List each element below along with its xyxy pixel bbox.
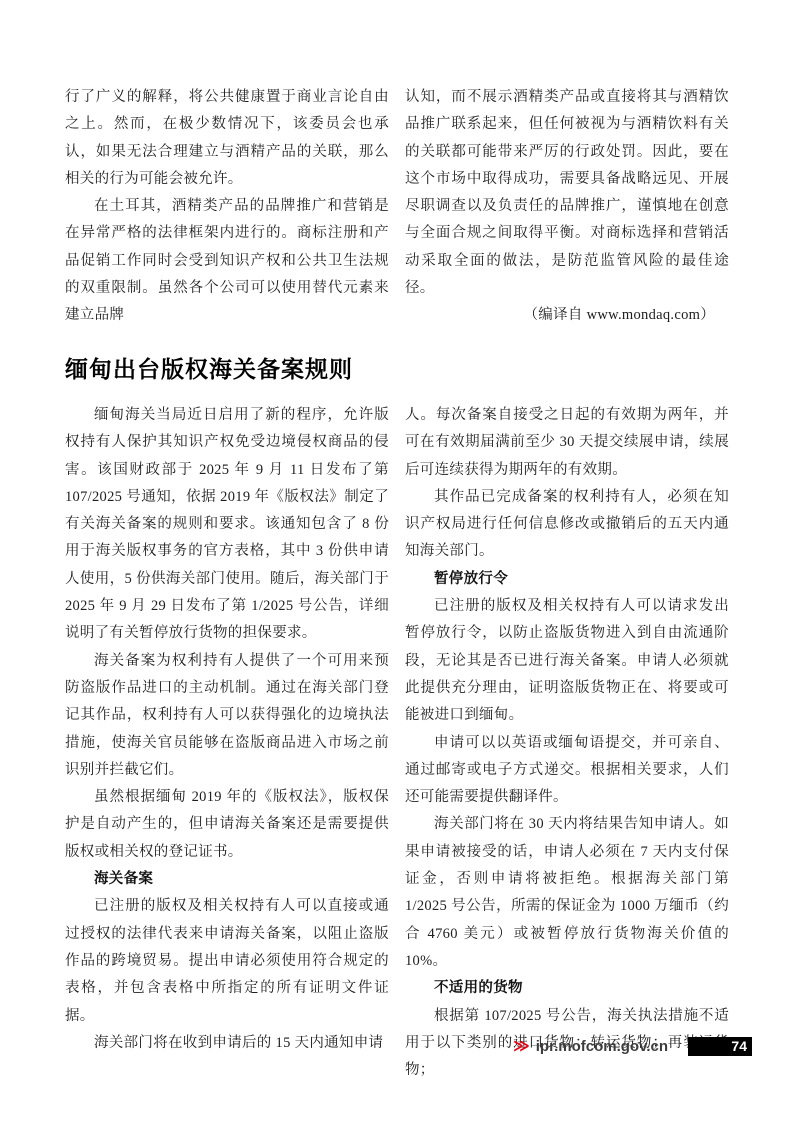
- page-footer: ≫ ipr.mofcom.gov.cn 74: [513, 1037, 752, 1056]
- previous-article-continuation: 行了广义的解释，将公共健康置于商业言论自由之上。然而，在极少数情况下，该委员会也…: [65, 84, 729, 330]
- subheading-customs-recordal: 海关备案: [65, 866, 389, 893]
- footer-site-url: ipr.mofcom.gov.cn: [536, 1037, 668, 1056]
- prev-article-left-column: 行了广义的解释，将公共健康置于商业言论自由之上。然而，在极少数情况下，该委员会也…: [65, 84, 389, 330]
- subheading-excluded-goods: 不适用的货物: [405, 975, 729, 1002]
- body-paragraph: 海关备案为权利持有人提供了一个可用来预防盗版作品进口的主动机制。通过在海关部门登…: [65, 648, 389, 784]
- body-paragraph: 海关部门将在 30 天内将结果告知申请人。如果申请被接受的话，申请人必须在 7 …: [405, 811, 729, 975]
- double-chevron-icon: ≫: [513, 1037, 530, 1056]
- body-paragraph: 缅甸海关当局近日启用了新的程序，允许版权持有人保护其知识产权免受边境侵权商品的侵…: [65, 402, 389, 648]
- body-paragraph: 海关部门将在收到申请后的 15 天内通知申请: [65, 1030, 389, 1057]
- prev-article-right-column: 认知，而不展示酒精类产品或直接将其与酒精饮品推广联系起来，但任何被视为与酒精饮料…: [405, 84, 729, 330]
- body-paragraph: 认知，而不展示酒精类产品或直接将其与酒精饮品推广联系起来，但任何被视为与酒精饮料…: [405, 84, 729, 302]
- page-number-badge: 74: [688, 1037, 752, 1056]
- body-paragraph: 已注册的版权及相关权持有人可以直接或通过授权的法律代表来申请海关备案，以阻止盗版…: [65, 893, 389, 1029]
- body-paragraph: 在土耳其，酒精类产品的品牌推广和营销是在异常严格的法律框架内进行的。商标注册和产…: [65, 193, 389, 329]
- body-paragraph: 申请可以以英语或缅甸语提交，并可亲自、通过邮寄或电子方式递交。根据相关要求，人们…: [405, 730, 729, 812]
- subheading-suspension-order: 暂停放行令: [405, 566, 729, 593]
- body-paragraph: 其作品已完成备案的权利持有人，必须在知识产权局进行任何信息修改或撤销后的五天内通…: [405, 484, 729, 566]
- article-title: 缅甸出台版权海关备案规则: [65, 351, 353, 387]
- article-body: 缅甸海关当局近日启用了新的程序，允许版权持有人保护其知识产权免受边境侵权商品的侵…: [65, 402, 729, 1084]
- body-paragraph: 人。每次备案自接受之日起的有效期为两年，并可在有效期届满前至少 30 天提交续展…: [405, 402, 729, 484]
- body-paragraph: 已注册的版权及相关权持有人可以请求发出暂停放行令，以防止盗版货物进入到自由流通阶…: [405, 593, 729, 729]
- body-paragraph: 虽然根据缅甸 2019 年的《版权法》，版权保护是自动产生的，但申请海关备案还是…: [65, 784, 389, 866]
- body-paragraph: 行了广义的解释，将公共健康置于商业言论自由之上。然而，在极少数情况下，该委员会也…: [65, 84, 389, 193]
- article-right-column: 人。每次备案自接受之日起的有效期为两年，并可在有效期届满前至少 30 天提交续展…: [405, 402, 729, 1084]
- document-page: 行了广义的解释，将公共健康置于商业言论自由之上。然而，在极少数情况下，该委员会也…: [0, 0, 794, 1123]
- article-left-column: 缅甸海关当局近日启用了新的程序，允许版权持有人保护其知识产权免受边境侵权商品的侵…: [65, 402, 389, 1084]
- source-credit: （编译自 www.mondaq.com）: [405, 302, 729, 329]
